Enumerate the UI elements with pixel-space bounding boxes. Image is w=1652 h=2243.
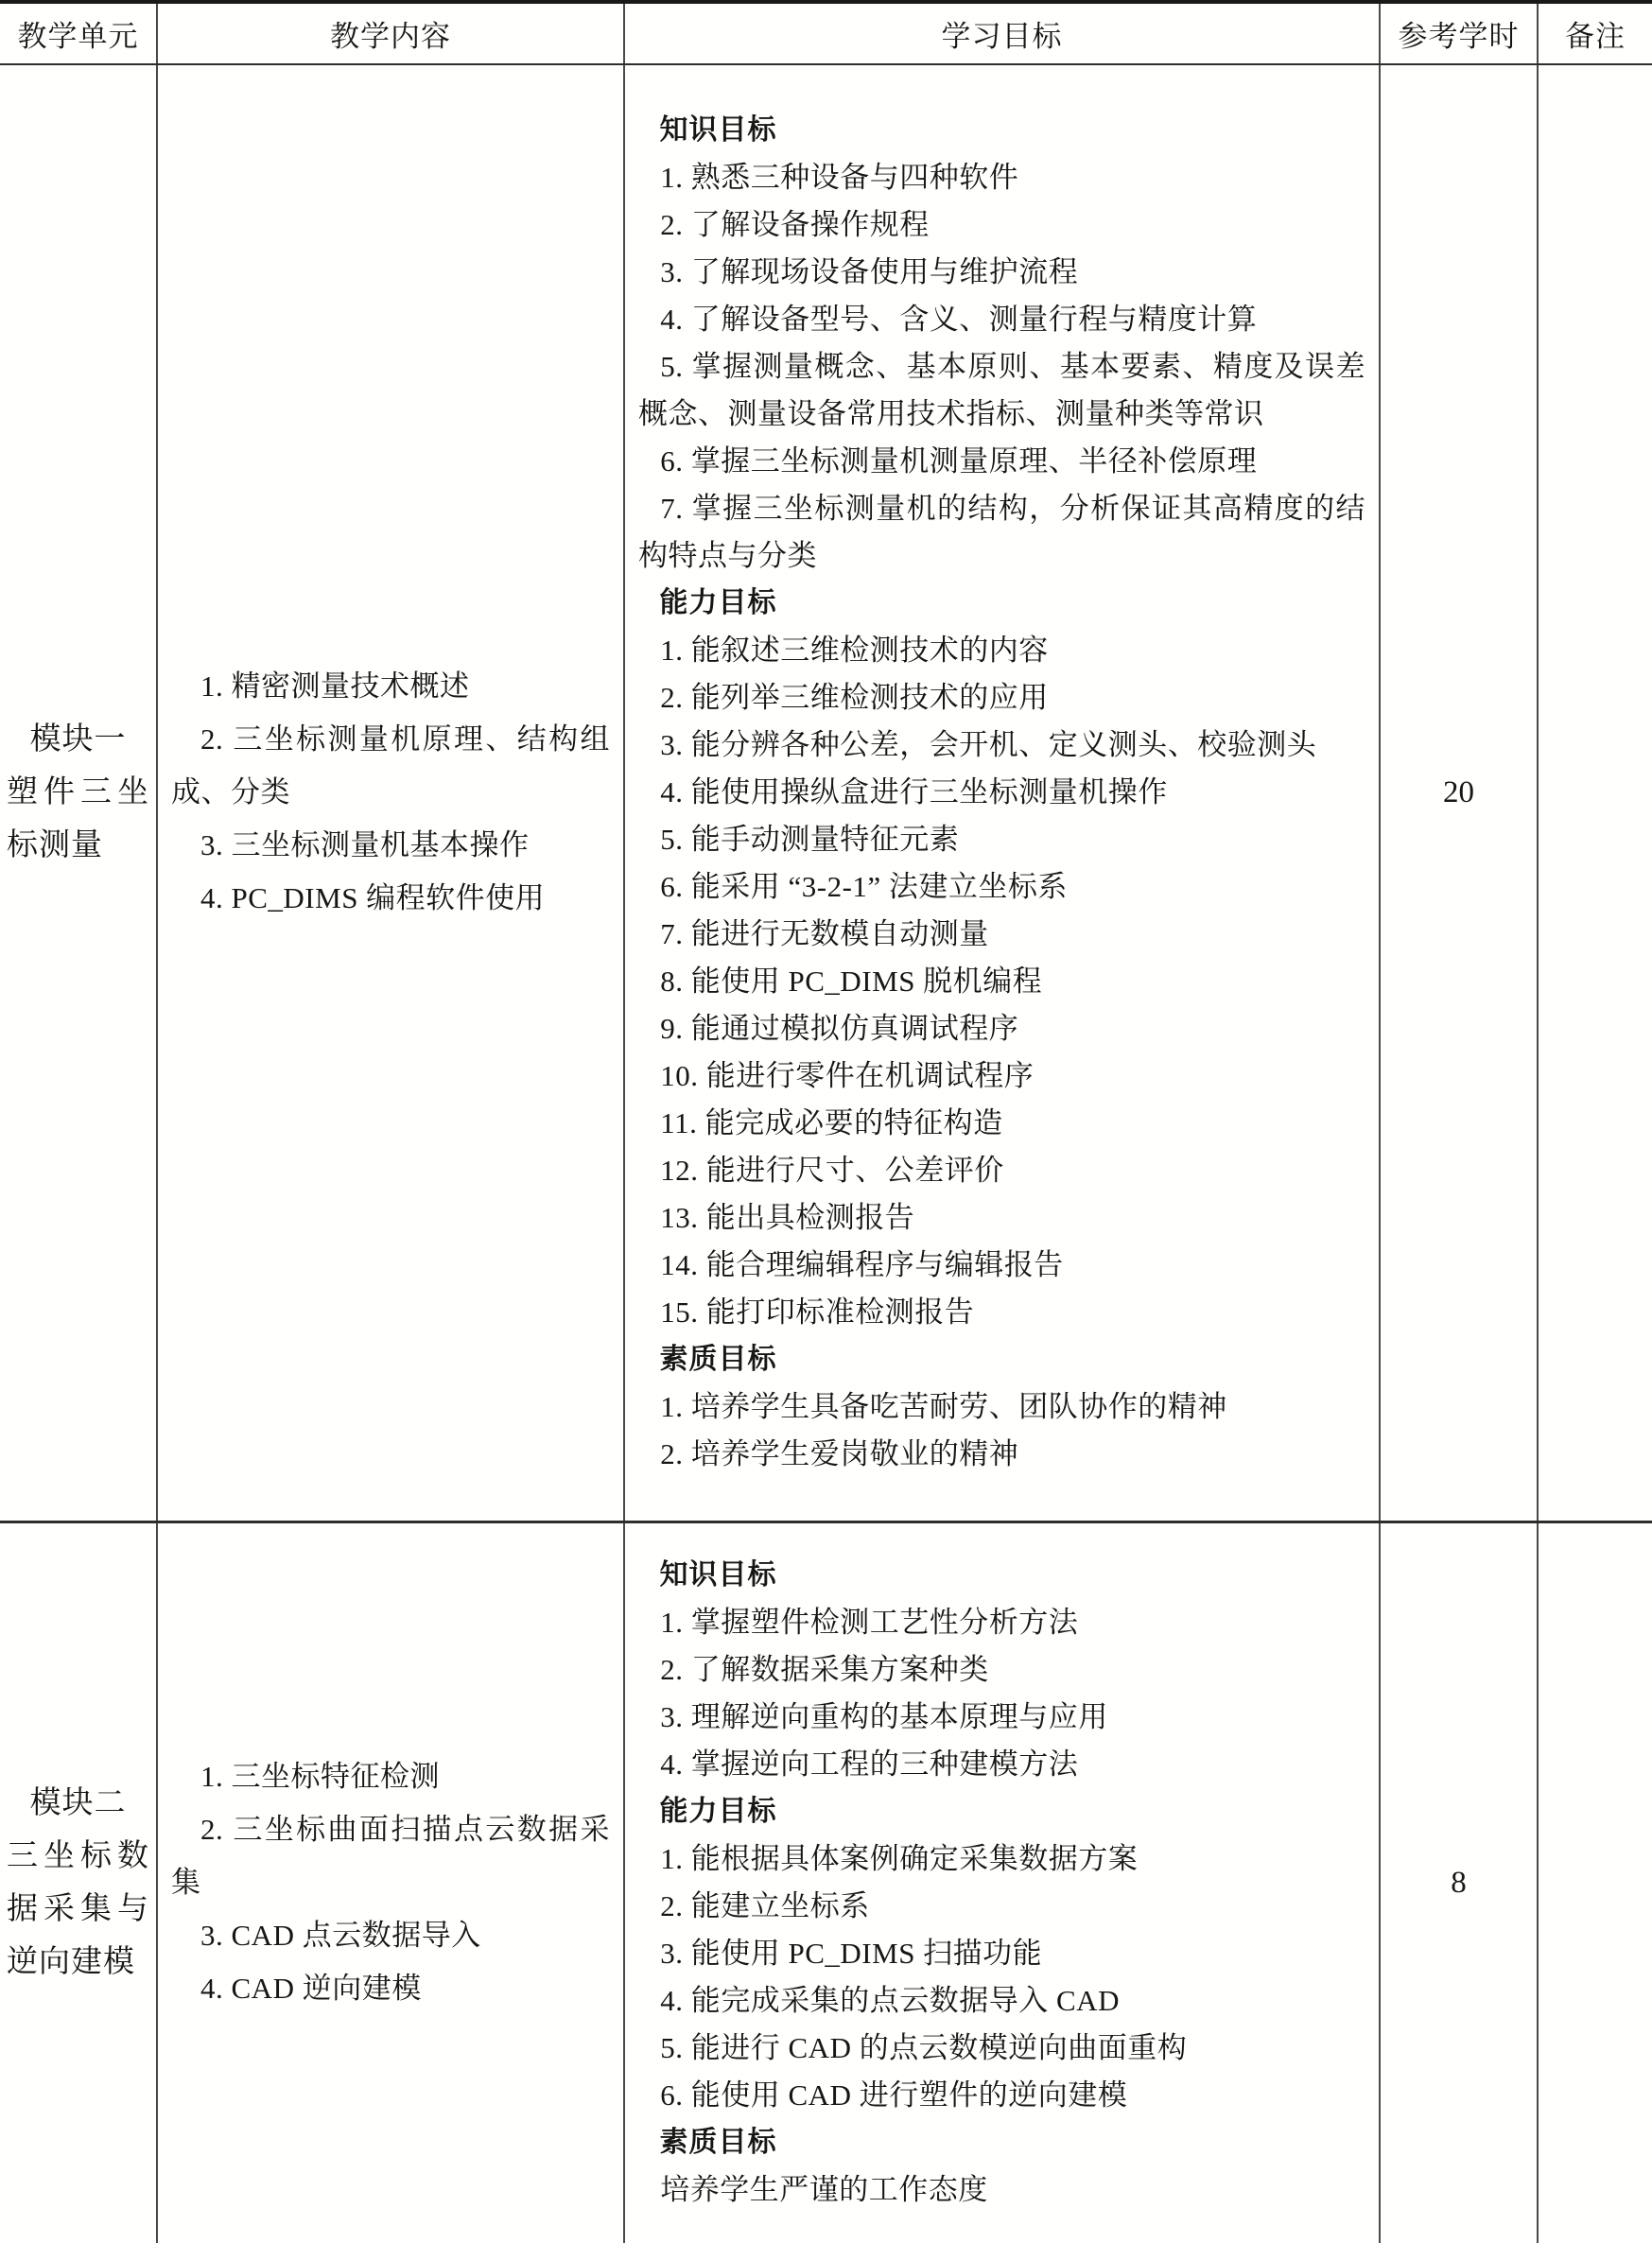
hours-value: 8 bbox=[1380, 1521, 1538, 2243]
objective-heading: 能力目标 bbox=[638, 1788, 1365, 1835]
objective-item: 7. 掌握三坐标测量机的结构，分析保证其高精度的结构特点与分类 bbox=[638, 485, 1365, 580]
objective-item: 9. 能通过模拟仿真调试程序 bbox=[638, 1005, 1365, 1052]
objectives-cell: 知识目标 1. 熟悉三种设备与四种软件2. 了解设备操作规程3. 了解现场设备使… bbox=[624, 64, 1380, 1521]
objective-section-ability: 能力目标 1. 能叙述三维检测技术的内容2. 能列举三维检测技术的应用3. 能分… bbox=[638, 580, 1365, 1336]
hours-value: 20 bbox=[1380, 64, 1538, 1521]
content-list: 1. 精密测量技术概述2. 三坐标测量机原理、结构组成、分类3. 三坐标测量机基… bbox=[171, 660, 610, 925]
content-item: 4. PC_DIMS 编程软件使用 bbox=[171, 872, 610, 925]
content-item: 2. 三坐标测量机原理、结构组成、分类 bbox=[171, 713, 610, 819]
remark-value bbox=[1538, 1521, 1652, 2243]
objective-list: 1. 能叙述三维检测技术的内容2. 能列举三维检测技术的应用3. 能分辨各种公差… bbox=[638, 627, 1365, 1336]
objective-item: 1. 能叙述三维检测技术的内容 bbox=[638, 627, 1365, 674]
objective-heading: 知识目标 bbox=[638, 1552, 1365, 1599]
module-subtitle: 三坐标数据采集与逆向建模 bbox=[7, 1830, 149, 1989]
objective-item: 4. 能使用操纵盒进行三坐标测量机操作 bbox=[638, 769, 1365, 816]
objective-item: 3. 了解现场设备使用与维护流程 bbox=[638, 249, 1365, 296]
objective-item: 4. 掌握逆向工程的三种建模方法 bbox=[638, 1741, 1365, 1788]
curriculum-table: 教学单元 教学内容 学习目标 参考学时 备注 模块一 塑件三坐标测量 1. 精密… bbox=[0, 0, 1652, 2243]
objective-section-knowledge: 知识目标 1. 掌握塑件检测工艺性分析方法2. 了解数据采集方案种类3. 理解逆… bbox=[638, 1552, 1365, 1788]
objective-list: 1. 熟悉三种设备与四种软件2. 了解设备操作规程3. 了解现场设备使用与维护流… bbox=[638, 154, 1365, 580]
objective-item: 3. 能使用 PC_DIMS 扫描功能 bbox=[638, 1930, 1365, 1977]
header-teaching-unit: 教学单元 bbox=[0, 2, 157, 64]
objective-item: 5. 能手动测量特征元素 bbox=[638, 816, 1365, 863]
objective-item: 7. 能进行无数模自动测量 bbox=[638, 911, 1365, 958]
header-remarks: 备注 bbox=[1538, 2, 1652, 64]
objective-heading: 素质目标 bbox=[638, 1336, 1365, 1383]
objective-item: 5. 能进行 CAD 的点云数模逆向曲面重构 bbox=[638, 2025, 1365, 2072]
objective-item: 13. 能出具检测报告 bbox=[638, 1194, 1365, 1242]
header-teaching-content: 教学内容 bbox=[157, 2, 624, 64]
objective-item: 1. 熟悉三种设备与四种软件 bbox=[638, 154, 1365, 201]
objective-heading: 能力目标 bbox=[638, 580, 1365, 627]
header-learning-objectives: 学习目标 bbox=[624, 2, 1380, 64]
objective-section-knowledge: 知识目标 1. 熟悉三种设备与四种软件2. 了解设备操作规程3. 了解现场设备使… bbox=[638, 107, 1365, 580]
objective-item: 3. 能分辨各种公差，会开机、定义测头、校验测头 bbox=[638, 722, 1365, 769]
objective-list: 1. 能根据具体案例确定采集数据方案2. 能建立坐标系3. 能使用 PC_DIM… bbox=[638, 1835, 1365, 2119]
objective-item: 11. 能完成必要的特征构造 bbox=[638, 1100, 1365, 1147]
objective-item: 8. 能使用 PC_DIMS 脱机编程 bbox=[638, 958, 1365, 1005]
objective-section-quality: 素质目标 培养学生严谨的工作态度 bbox=[638, 2119, 1365, 2214]
objective-item: 12. 能进行尺寸、公差评价 bbox=[638, 1147, 1365, 1194]
module-title: 模块一 bbox=[7, 713, 149, 766]
objective-item: 4. 了解设备型号、含义、测量行程与精度计算 bbox=[638, 296, 1365, 343]
content-cell: 1. 精密测量技术概述2. 三坐标测量机原理、结构组成、分类3. 三坐标测量机基… bbox=[157, 64, 624, 1521]
objective-item: 2. 能建立坐标系 bbox=[638, 1883, 1365, 1930]
content-item: 1. 精密测量技术概述 bbox=[171, 660, 610, 713]
objective-list: 培养学生严谨的工作态度 bbox=[638, 2166, 1365, 2214]
objective-item: 15. 能打印标准检测报告 bbox=[638, 1289, 1365, 1336]
module-title: 模块二 bbox=[7, 1777, 149, 1830]
table-row-module-1: 模块一 塑件三坐标测量 1. 精密测量技术概述2. 三坐标测量机原理、结构组成、… bbox=[0, 64, 1652, 1521]
objective-heading: 素质目标 bbox=[638, 2119, 1365, 2166]
objective-list: 1. 掌握塑件检测工艺性分析方法2. 了解数据采集方案种类3. 理解逆向重构的基… bbox=[638, 1599, 1365, 1788]
content-item: 2. 三坐标曲面扫描点云数据采集 bbox=[171, 1803, 610, 1909]
content-item: 3. CAD 点云数据导入 bbox=[171, 1909, 610, 1962]
objective-item: 1. 掌握塑件检测工艺性分析方法 bbox=[638, 1599, 1365, 1646]
objective-item: 4. 能完成采集的点云数据导入 CAD bbox=[638, 1977, 1365, 2025]
unit-cell: 模块一 塑件三坐标测量 bbox=[0, 64, 157, 1521]
objective-item: 2. 了解设备操作规程 bbox=[638, 201, 1365, 249]
header-row: 教学单元 教学内容 学习目标 参考学时 备注 bbox=[0, 2, 1652, 64]
content-item: 3. 三坐标测量机基本操作 bbox=[171, 819, 610, 872]
objective-item: 1. 培养学生具备吃苦耐劳、团队协作的精神 bbox=[638, 1383, 1365, 1431]
module-subtitle: 塑件三坐标测量 bbox=[7, 766, 149, 872]
objective-item: 2. 了解数据采集方案种类 bbox=[638, 1646, 1365, 1694]
objective-item: 5. 掌握测量概念、基本原则、基本要素、精度及误差概念、测量设备常用技术指标、测… bbox=[638, 343, 1365, 438]
objective-item: 1. 能根据具体案例确定采集数据方案 bbox=[638, 1835, 1365, 1883]
objective-item: 6. 掌握三坐标测量机测量原理、半径补偿原理 bbox=[638, 438, 1365, 485]
objective-heading: 知识目标 bbox=[638, 107, 1365, 154]
objective-section-quality: 素质目标 1. 培养学生具备吃苦耐劳、团队协作的精神2. 培养学生爱岗敬业的精神 bbox=[638, 1336, 1365, 1478]
objectives-cell: 知识目标 1. 掌握塑件检测工艺性分析方法2. 了解数据采集方案种类3. 理解逆… bbox=[624, 1521, 1380, 2243]
objective-item: 14. 能合理编辑程序与编辑报告 bbox=[638, 1242, 1365, 1289]
header-reference-hours: 参考学时 bbox=[1380, 2, 1538, 64]
objective-section-ability: 能力目标 1. 能根据具体案例确定采集数据方案2. 能建立坐标系3. 能使用 P… bbox=[638, 1788, 1365, 2119]
content-cell: 1. 三坐标特征检测2. 三坐标曲面扫描点云数据采集3. CAD 点云数据导入4… bbox=[157, 1521, 624, 2243]
table-row-module-2: 模块二 三坐标数据采集与逆向建模 1. 三坐标特征检测2. 三坐标曲面扫描点云数… bbox=[0, 1521, 1652, 2243]
objective-item: 2. 培养学生爱岗敬业的精神 bbox=[638, 1431, 1365, 1478]
objective-item: 10. 能进行零件在机调试程序 bbox=[638, 1052, 1365, 1100]
objective-item: 6. 能使用 CAD 进行塑件的逆向建模 bbox=[638, 2072, 1365, 2119]
content-list: 1. 三坐标特征检测2. 三坐标曲面扫描点云数据采集3. CAD 点云数据导入4… bbox=[171, 1750, 610, 2015]
objective-list: 1. 培养学生具备吃苦耐劳、团队协作的精神2. 培养学生爱岗敬业的精神 bbox=[638, 1383, 1365, 1478]
content-item: 4. CAD 逆向建模 bbox=[171, 1962, 610, 2015]
unit-cell: 模块二 三坐标数据采集与逆向建模 bbox=[0, 1521, 157, 2243]
content-item: 1. 三坐标特征检测 bbox=[171, 1750, 610, 1803]
objective-item: 6. 能采用 “3-2-1” 法建立坐标系 bbox=[638, 863, 1365, 911]
objective-item: 2. 能列举三维检测技术的应用 bbox=[638, 674, 1365, 722]
objective-item: 培养学生严谨的工作态度 bbox=[638, 2166, 1365, 2214]
objective-item: 3. 理解逆向重构的基本原理与应用 bbox=[638, 1694, 1365, 1741]
remark-value bbox=[1538, 64, 1652, 1521]
